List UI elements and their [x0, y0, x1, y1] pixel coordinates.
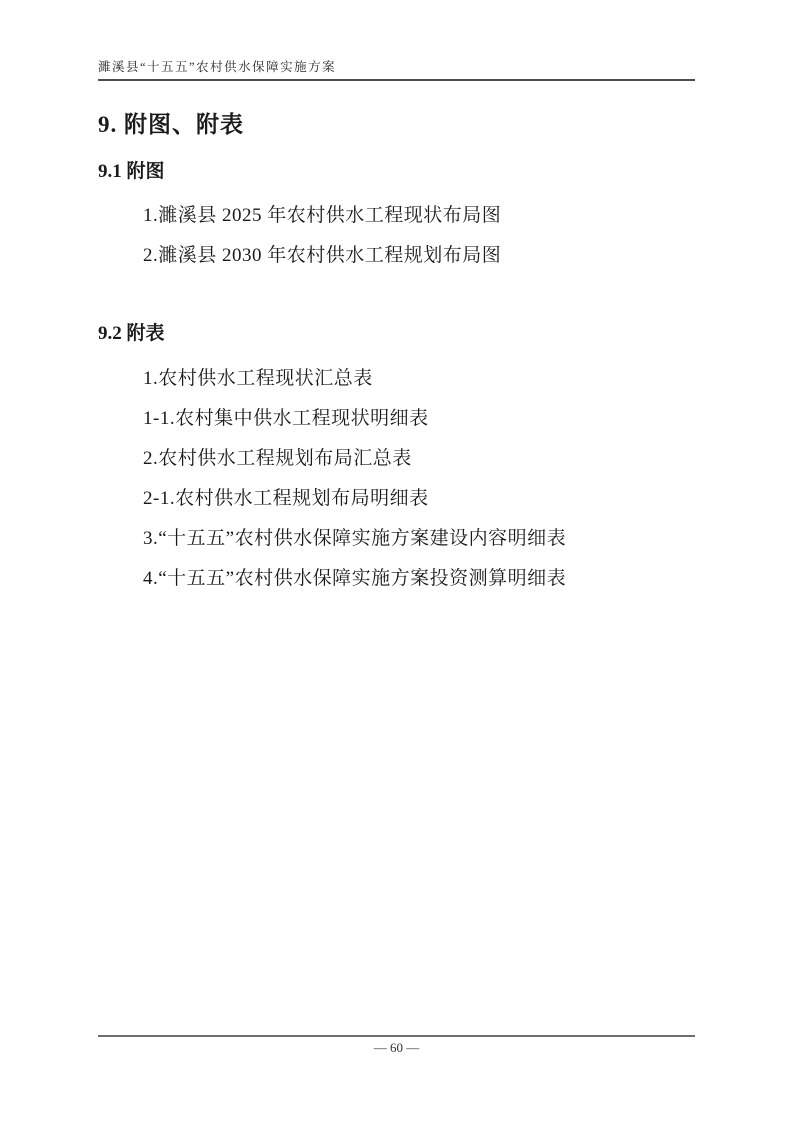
table-list-item: 4.“十五五”农村供水保障实施方案投资测算明细表	[98, 559, 695, 599]
page-header: 濉溪县“十五五”农村供水保障实施方案	[98, 0, 695, 81]
subsection-title-tables: 9.2 附表	[98, 323, 695, 345]
footer-divider	[98, 1035, 695, 1037]
header-title: 濉溪县“十五五”农村供水保障实施方案	[98, 57, 695, 79]
figure-list-item: 1.濉溪县 2025 年农村供水工程现状布局图	[98, 196, 695, 236]
section-title: 9. 附图、附表	[98, 112, 695, 137]
table-list: 1.农村供水工程现状汇总表 1-1.农村集中供水工程现状明细表 2.农村供水工程…	[98, 359, 695, 599]
table-list-item: 1.农村供水工程现状汇总表	[98, 359, 695, 399]
figure-list: 1.濉溪县 2025 年农村供水工程现状布局图 2.濉溪县 2030 年农村供水…	[98, 196, 695, 276]
header-divider	[98, 79, 695, 81]
figure-list-item: 2.濉溪县 2030 年农村供水工程规划布局图	[98, 236, 695, 276]
subsection-title-figures: 9.1 附图	[98, 161, 695, 183]
page-footer: — 60 —	[98, 1035, 695, 1056]
table-list-item: 1-1.农村集中供水工程现状明细表	[98, 399, 695, 439]
page-number: — 60 —	[98, 1040, 695, 1056]
table-list-item: 2-1.农村供水工程规划布局明细表	[98, 479, 695, 519]
table-list-item: 3.“十五五”农村供水保障实施方案建设内容明细表	[98, 519, 695, 559]
table-list-item: 2.农村供水工程规划布局汇总表	[98, 439, 695, 479]
document-page: 濉溪县“十五五”农村供水保障实施方案 9. 附图、附表 9.1 附图 1.濉溪县…	[0, 0, 793, 1122]
